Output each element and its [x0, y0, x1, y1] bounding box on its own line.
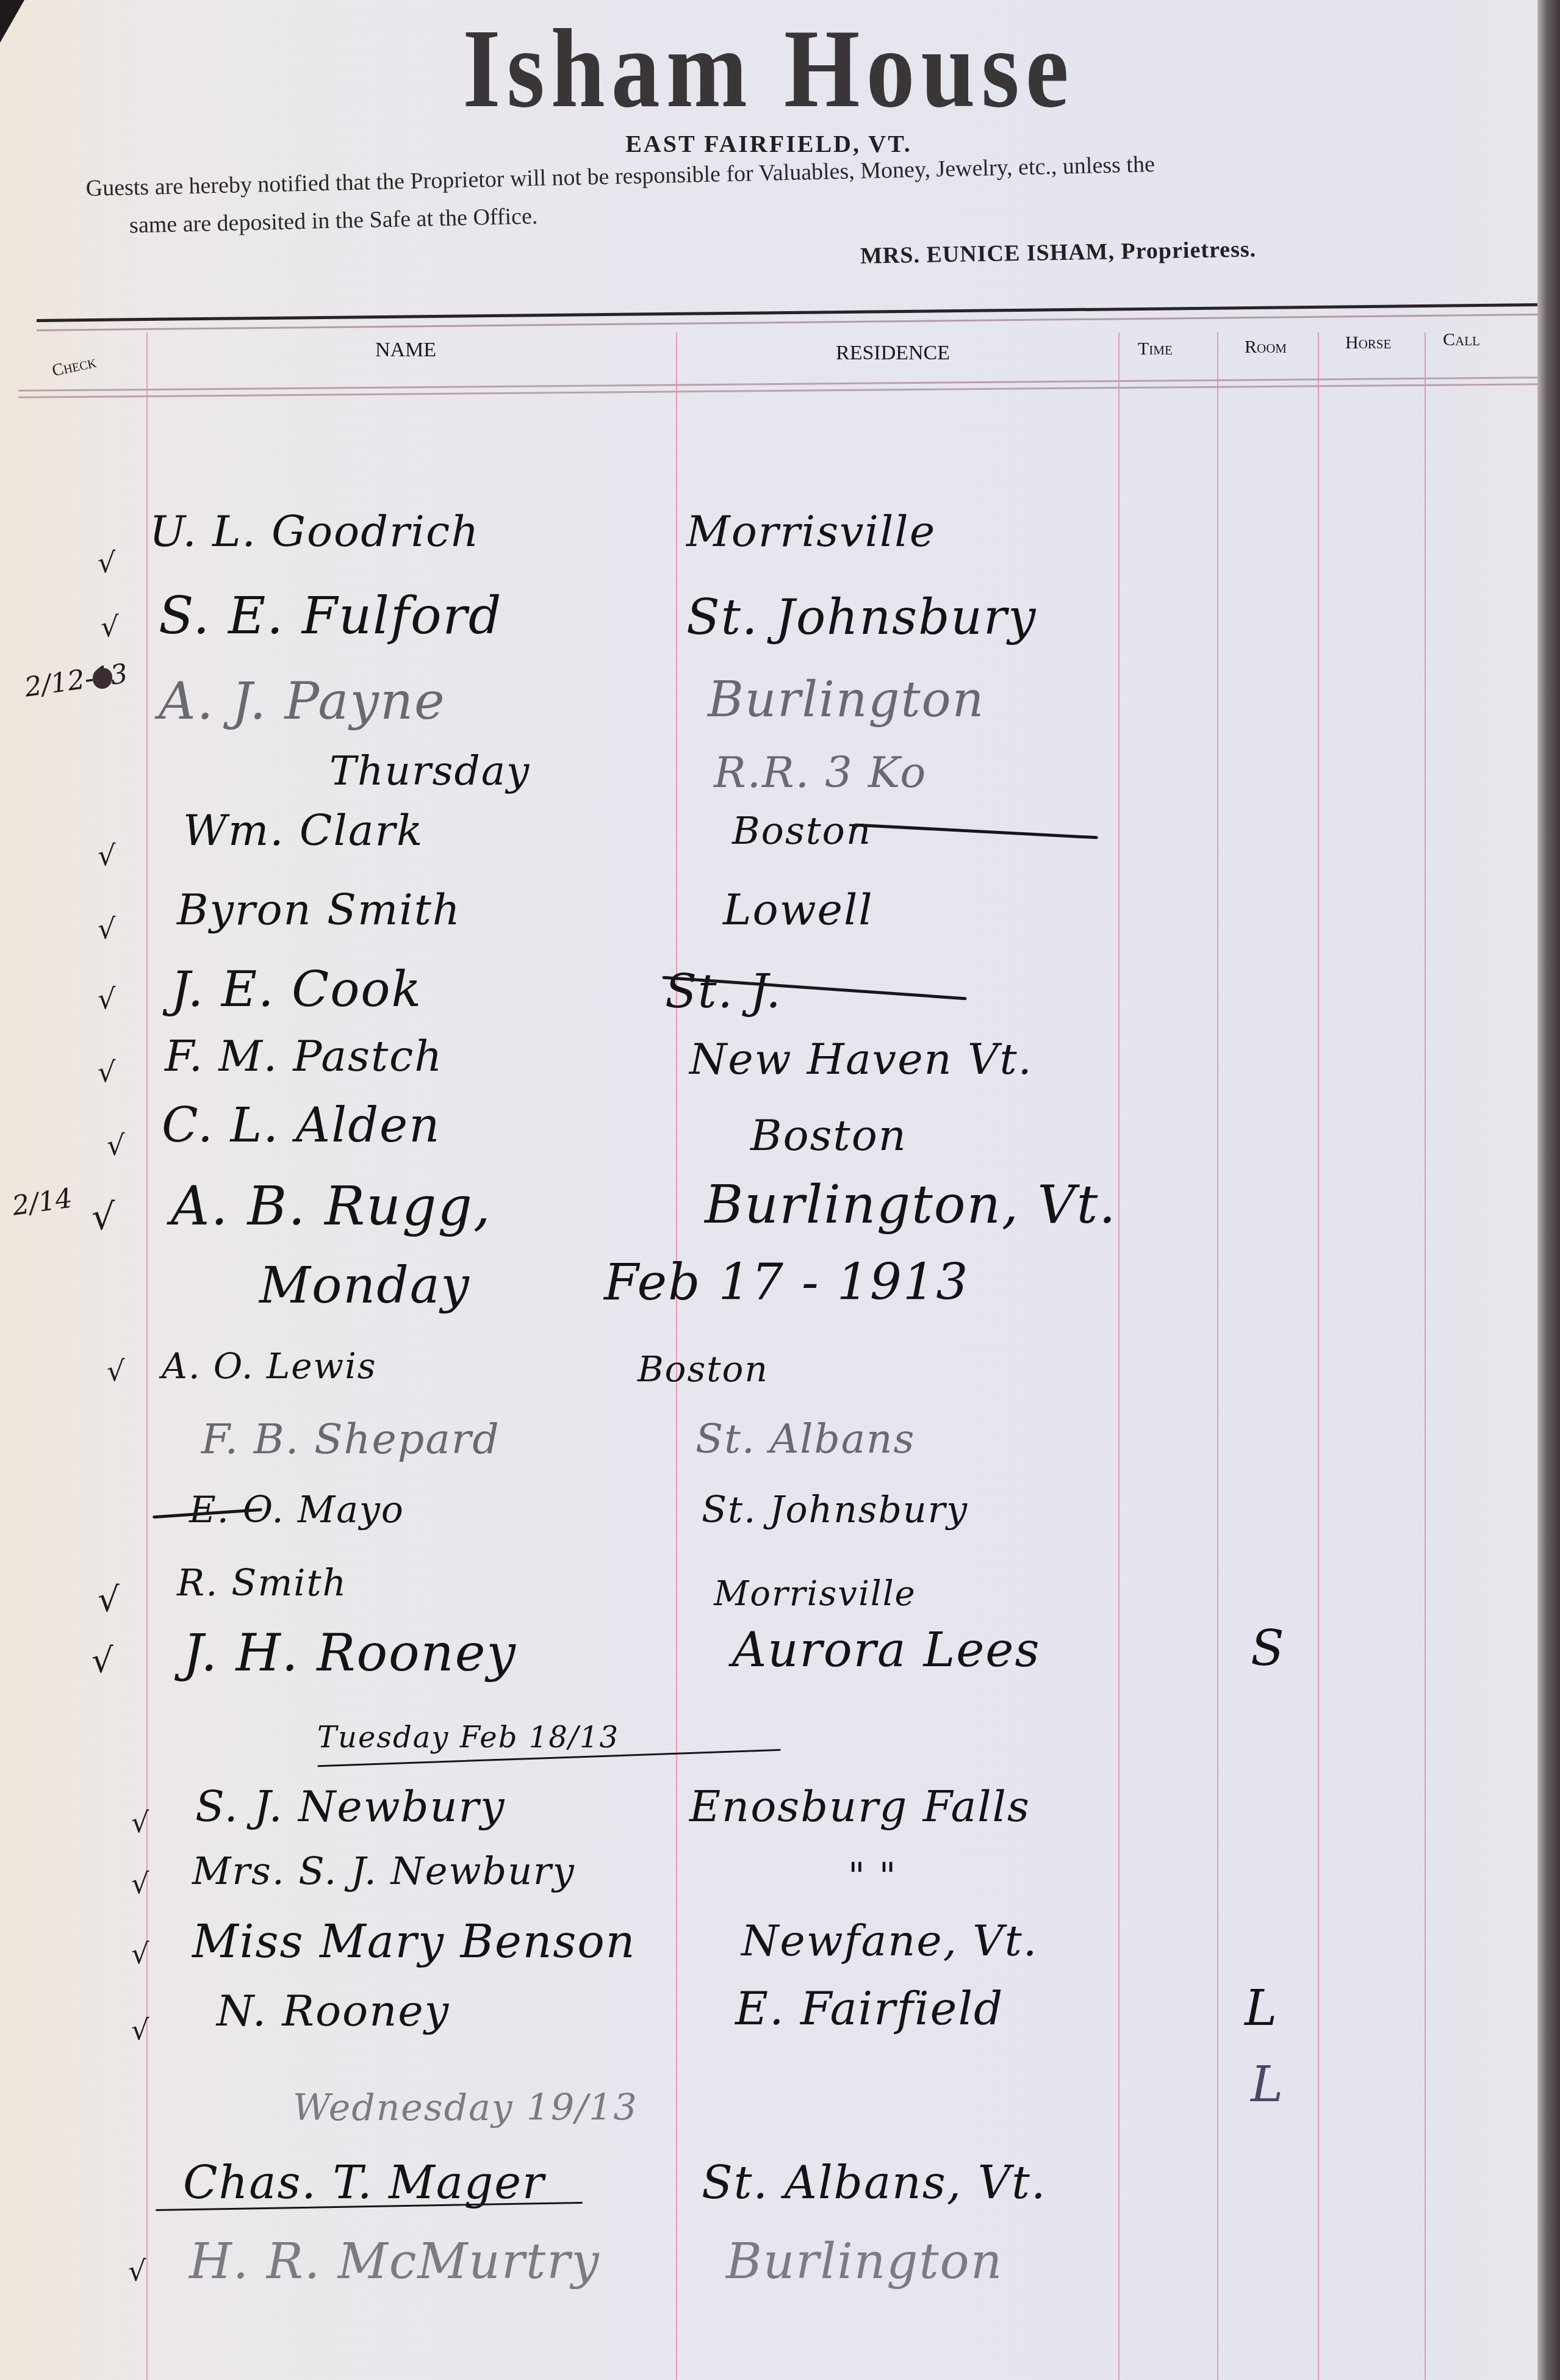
guest-residence: Boston [638, 1348, 769, 1390]
guest-residence: Enosburg Falls [689, 1781, 1030, 1832]
date-line-date: Feb 17 - 1913 [604, 1254, 969, 1312]
guest-name: Byron Smith [177, 885, 461, 935]
guest-name: N. Rooney [217, 1986, 450, 2036]
check-mark: √ [98, 912, 115, 945]
guest-residence: Burlington, Vt. [705, 1174, 1117, 1235]
guest-residence: E. Fairfield [735, 1983, 1004, 2035]
header-rule-top [37, 303, 1537, 331]
check-mark: √ [131, 2013, 149, 2046]
hotel-title: Isham House [0, 4, 1537, 134]
column-header-call: Call [1443, 329, 1480, 350]
guest-name: J. E. Cook [171, 961, 422, 1018]
guest-residence: Morrisville [714, 1574, 916, 1614]
check-mark: √ [131, 1867, 149, 1900]
guest-name: E. O. Mayo [189, 1489, 404, 1531]
guest-name: U. L. Goodrich [149, 506, 480, 556]
proprietress-line: MRS. EUNICE ISHAM, Proprietress. [860, 235, 1257, 269]
column-divider [1318, 333, 1319, 2380]
guest-residence: " " [848, 1855, 897, 1897]
column-header-check: Check [50, 353, 98, 381]
guest-name: H. R. McMurtry [189, 2233, 600, 2290]
guest-residence: Lowell [723, 885, 874, 935]
guest-name: A. B. Rugg, [171, 1174, 492, 1237]
guest-residence: Newfane, Vt. [741, 1916, 1038, 1966]
check-mark: √ [131, 1806, 149, 1839]
margin-date-note: 2/12-13 [23, 658, 129, 703]
check-mark: √ [98, 839, 115, 872]
guest-residence: Burlington [726, 2233, 1003, 2290]
room-code: L [1245, 1980, 1277, 2037]
check-mark: √ [98, 1055, 115, 1088]
guest-name: Miss Mary Benson [192, 1916, 636, 1968]
room-code: S [1251, 1620, 1284, 1677]
check-mark: √ [98, 546, 115, 579]
guest-name: Chas. T. Mager [183, 2157, 545, 2209]
column-header-name: NAME [375, 339, 436, 362]
room-code: L [1251, 2056, 1283, 2113]
guest-residence: Burlington [708, 671, 985, 728]
guest-residence: St. J. [665, 964, 782, 1018]
date-line-day: Wednesday 19/13 [293, 2087, 638, 2129]
guest-residence: St. Albans, Vt. [702, 2157, 1046, 2209]
check-mark: √ [101, 610, 118, 643]
guest-name: F. B. Shepard [201, 1415, 500, 1464]
check-mark: √ [131, 1937, 149, 1970]
date-line-day: Thursday [329, 747, 530, 794]
check-mark: √ [92, 1196, 115, 1239]
guest-name: J. H. Rooney [183, 1623, 517, 1683]
check-mark: √ [107, 1354, 124, 1387]
strike-through [854, 824, 1098, 839]
guest-residence: Boston [732, 808, 872, 853]
margin-date-note: 2/14 [10, 1182, 74, 1221]
guest-residence: St. Johnsbury [686, 589, 1037, 645]
column-header-room: Room [1245, 337, 1287, 358]
guest-residence: New Haven Vt. [689, 1034, 1033, 1084]
date-line-day: Monday [259, 1257, 470, 1315]
guest-name: F. M. Pastch [165, 1031, 443, 1081]
column-divider [1217, 333, 1218, 2380]
check-mark: √ [107, 1129, 124, 1162]
guest-name: A. J. Payne [159, 671, 446, 731]
column-divider [1425, 333, 1426, 2380]
check-mark: √ [128, 2254, 146, 2287]
guest-name: S. J. Newbury [195, 1781, 506, 1832]
date-line-day: Tuesday Feb 18/13 [317, 1720, 619, 1755]
guest-name: R. Smith [177, 1562, 347, 1605]
guest-name: C. L. Alden [162, 1098, 440, 1153]
check-mark: √ [98, 1580, 120, 1620]
column-header-horse: Horse [1345, 333, 1391, 353]
guest-name: S. E. Fulford [159, 586, 503, 645]
guest-residence: Aurora Lees [732, 1623, 1041, 1678]
guest-name: A. O. Lewis [162, 1345, 377, 1387]
guest-residence: R.R. 3 Ko [714, 747, 927, 797]
guest-name: Mrs. S. J. Newbury [192, 1849, 575, 1893]
check-mark: √ [92, 1641, 113, 1681]
header-rule-bottom [18, 376, 1537, 398]
column-header-residence: RESIDENCE [836, 342, 950, 365]
guest-residence: St. Johnsbury [702, 1489, 968, 1531]
guest-residence: Boston [750, 1110, 907, 1160]
guest-name: Wm. Clark [183, 805, 423, 855]
guest-residence: Morrisville [686, 506, 936, 556]
check-mark: √ [98, 982, 115, 1015]
column-divider [1118, 333, 1120, 2380]
column-divider [146, 333, 148, 2380]
guest-residence: St. Albans [696, 1415, 915, 1462]
register-page: Isham House EAST FAIRFIELD, VT. Guests a… [0, 0, 1537, 2380]
book-binding-edge [1537, 0, 1560, 2380]
column-header-time: Time [1138, 339, 1173, 359]
